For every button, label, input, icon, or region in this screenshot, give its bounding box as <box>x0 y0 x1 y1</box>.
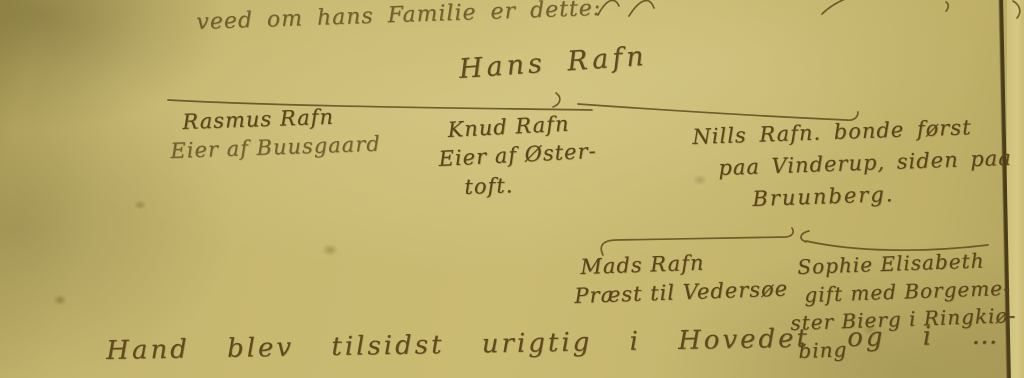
grandchild-mads-name: Mads Rafn <box>580 251 705 279</box>
child-knud-title-2: toft. <box>464 173 514 199</box>
child-nills-title-2: Bruunberg. <box>752 182 895 211</box>
document-page: veed om hans Familie er dette: Hans Rafn… <box>0 0 1024 378</box>
